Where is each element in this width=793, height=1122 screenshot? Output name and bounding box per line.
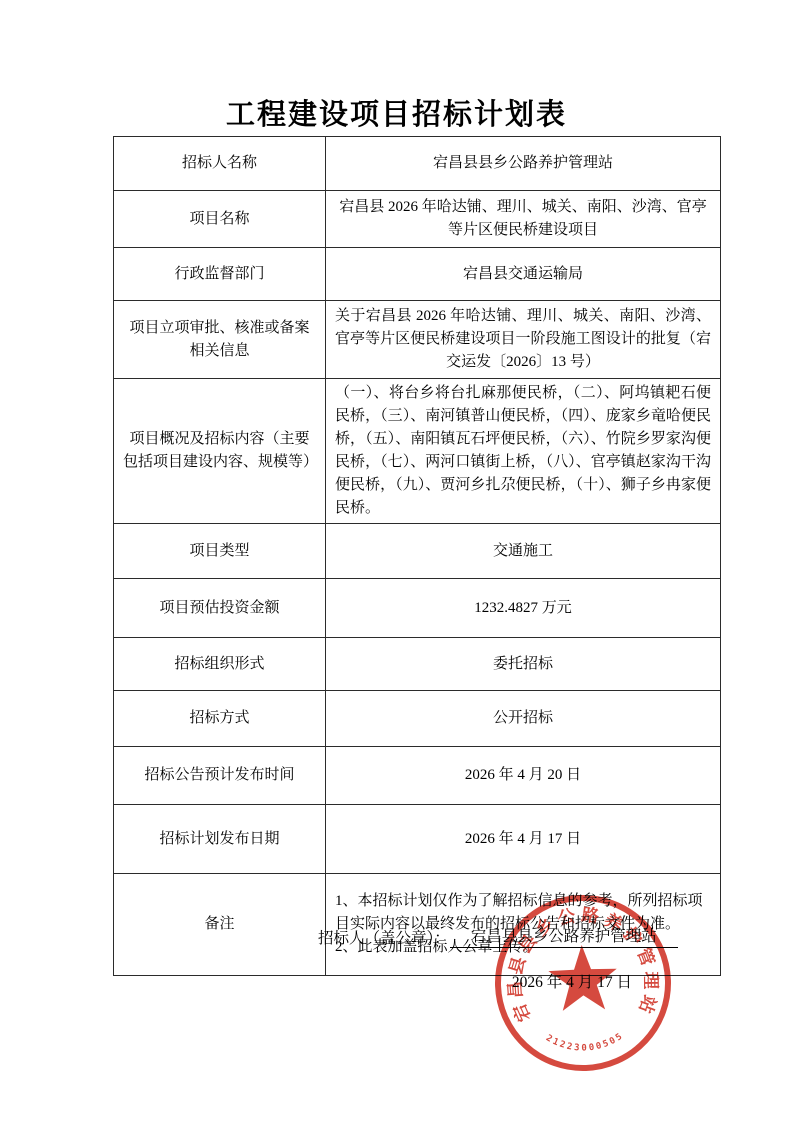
row-value-approval-info: 关于宕昌县 2026 年哈达铺、理川、城关、南阳、沙湾、官亭等片区便民桥建设项目… xyxy=(326,301,721,379)
row-label-announcement-date: 招标公告预计发布时间 xyxy=(114,747,326,805)
table-row: 招标方式 公开招标 xyxy=(114,691,721,747)
row-label-project-type: 项目类型 xyxy=(114,524,326,579)
table-row: 项目类型 交通施工 xyxy=(114,524,721,579)
row-label-estimated-investment: 项目预估投资金额 xyxy=(114,579,326,638)
table-row: 招标人名称 宕昌县县乡公路养护管理站 xyxy=(114,137,721,191)
row-value-supervision-dept: 宕昌县交通运输局 xyxy=(326,248,721,301)
row-value-plan-publish-date: 2026 年 4 月 17 日 xyxy=(326,805,721,874)
table-row: 招标公告预计发布时间 2026 年 4 月 20 日 xyxy=(114,747,721,805)
table-row: 项目名称 宕昌县 2026 年哈达铺、理川、城关、南阳、沙湾、官亭等片区便民桥建… xyxy=(114,191,721,248)
row-label-remarks: 备注 xyxy=(114,874,326,976)
row-value-bidding-method: 公开招标 xyxy=(326,691,721,747)
row-value-project-type: 交通施工 xyxy=(326,524,721,579)
table-row: 项目预估投资金额 1232.4827 万元 xyxy=(114,579,721,638)
table-row: 行政监督部门 宕昌县交通运输局 xyxy=(114,248,721,301)
row-value-estimated-investment: 1232.4827 万元 xyxy=(326,579,721,638)
row-label-bidding-method: 招标方式 xyxy=(114,691,326,747)
bidding-plan-table: 招标人名称 宕昌县县乡公路养护管理站 项目名称 宕昌县 2026 年哈达铺、理川… xyxy=(113,136,721,976)
row-label-project-name: 项目名称 xyxy=(114,191,326,248)
row-label-bidder-name: 招标人名称 xyxy=(114,137,326,191)
row-label-supervision-dept: 行政监督部门 xyxy=(114,248,326,301)
official-seal: 宕昌县县乡公路养护管理站 6212230005050 xyxy=(485,885,682,1082)
table-row: 招标组织形式 委托招标 xyxy=(114,638,721,691)
row-label-organization-form: 招标组织形式 xyxy=(114,638,326,691)
row-label-approval-info: 项目立项审批、核准或备案相关信息 xyxy=(114,301,326,379)
table-row: 项目立项审批、核准或备案相关信息 关于宕昌县 2026 年哈达铺、理川、城关、南… xyxy=(114,301,721,379)
row-value-announcement-date: 2026 年 4 月 20 日 xyxy=(326,747,721,805)
signature-label: 招标人（盖公章）： xyxy=(318,926,450,948)
table-row: 招标计划发布日期 2026 年 4 月 17 日 xyxy=(114,805,721,874)
page-title: 工程建设项目招标计划表 xyxy=(0,92,793,133)
document-page: 工程建设项目招标计划表 招标人名称 宕昌县县乡公路养护管理站 项目名称 宕昌县 … xyxy=(0,0,793,1122)
row-value-organization-form: 委托招标 xyxy=(326,638,721,691)
row-label-plan-publish-date: 招标计划发布日期 xyxy=(114,805,326,874)
row-value-project-overview: （一）、将台乡将台扎麻那便民桥，（二）、阿坞镇耙石便民桥，（三）、南河镇普山便民… xyxy=(326,379,721,524)
row-label-project-overview: 项目概况及招标内容（主要包括项目建设内容、规模等） xyxy=(114,379,326,524)
row-value-bidder-name: 宕昌县县乡公路养护管理站 xyxy=(326,137,721,191)
table-row: 项目概况及招标内容（主要包括项目建设内容、规模等） （一）、将台乡将台扎麻那便民… xyxy=(114,379,721,524)
row-value-project-name: 宕昌县 2026 年哈达铺、理川、城关、南阳、沙湾、官亭等片区便民桥建设项目 xyxy=(326,191,721,248)
star-icon xyxy=(547,944,618,1011)
